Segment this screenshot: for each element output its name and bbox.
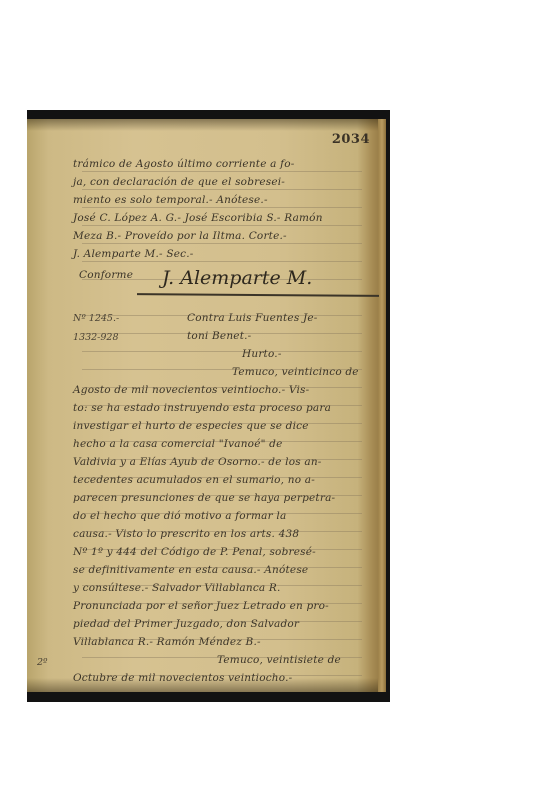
text-line: to: se ha estado instruyendo esta proces… <box>73 402 331 414</box>
ruled-line <box>82 207 362 208</box>
text-line: ja, con declaración de que el sobresei- <box>73 176 285 188</box>
ruled-line <box>82 243 362 244</box>
page-number: 2034 <box>332 132 370 147</box>
text-line: J. Alemparte M.- Sec.- <box>73 248 194 260</box>
ruled-line <box>82 225 362 226</box>
text-line: Temuco, veinticinco de <box>232 366 359 378</box>
text-line: Nº 1º y 444 del Código de P. Penal, sobr… <box>73 546 316 558</box>
text-line: do el hecho que dió motivo a formar la <box>73 510 286 522</box>
page-edge <box>378 119 386 692</box>
text-line: Temuco, veintisiete de <box>217 654 341 666</box>
ruled-line <box>82 351 362 352</box>
text-line: parecen presunciones de que se haya perp… <box>73 492 335 504</box>
entry-caption: toni Benet.- <box>187 330 251 342</box>
page-top-shadow <box>27 119 386 131</box>
text-line: Villablanca R.- Ramón Méndez B.- <box>73 636 261 648</box>
conforme-label: Conforme <box>79 269 133 281</box>
signature: J. Alemparte M. <box>162 267 312 289</box>
ruled-line <box>82 189 362 190</box>
text-line: Pronunciada por el señor Juez Letrado en… <box>73 600 329 612</box>
ledger-page: 2034 trámico de Agosto último corriente … <box>27 119 386 692</box>
text-line: Octubre de mil novecientos veintiocho.- <box>73 672 292 684</box>
text-line: hecho a la casa comercial "Ivanoé" de <box>73 438 283 450</box>
text-line: Agosto de mil novecientos veintiocho.- V… <box>73 384 309 396</box>
text-line: José C. López A. G.- José Escoribia S.- … <box>73 212 323 224</box>
text-line: piedad del Primer Juzgado, don Salvador <box>73 618 299 630</box>
entry-caption: Contra Luis Fuentes Je- <box>187 312 318 324</box>
second-entry-number: 2º <box>37 657 48 668</box>
ruled-line <box>82 171 362 172</box>
text-line: trámico de Agosto último corriente a fo- <box>73 158 295 170</box>
text-line: Meza B.- Proveído por la Iltma. Corte.- <box>73 230 287 242</box>
text-line: tecedentes acumulados en el sumario, no … <box>73 474 315 486</box>
scanned-page: 2034 trámico de Agosto último corriente … <box>27 110 390 702</box>
ruled-line <box>82 261 362 262</box>
signature-underline <box>137 293 379 296</box>
text-line: y consúltese.- Salvador Villablanca R. <box>73 582 281 594</box>
text-line: investigar el hurto de especies que se d… <box>73 420 309 432</box>
entry-number: Nº 1245.- <box>73 313 119 324</box>
entry-caption: Hurto.- <box>242 348 282 360</box>
text-line: Valdivia y a Elías Ayub de Osorno.- de l… <box>73 456 322 468</box>
text-line: causa.- Visto lo prescrito en los arts. … <box>73 528 299 540</box>
text-line: miento es solo temporal.- Anótese.- <box>73 194 268 206</box>
text-line: se definitivamente en esta causa.- Anóte… <box>73 564 308 576</box>
entry-reference: 1332-928 <box>73 332 119 343</box>
